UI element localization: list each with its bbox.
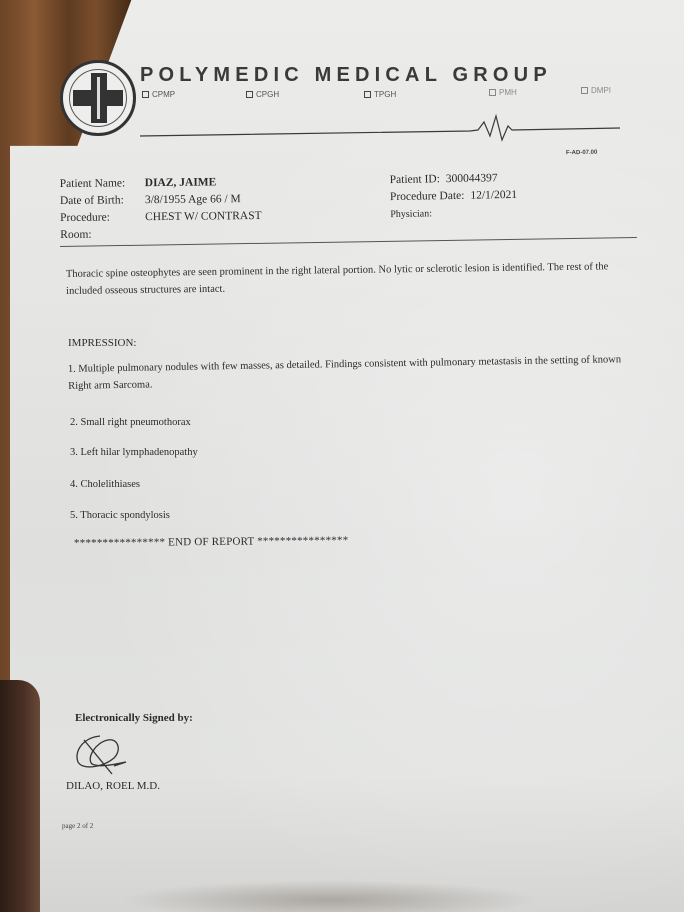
findings-paragraph: Thoracic spine osteophytes are seen prom… bbox=[66, 258, 628, 300]
impression-item-2: 2. Small right pneumothorax bbox=[70, 417, 191, 428]
physician-row: Physician: bbox=[390, 204, 517, 223]
patient-info-right: Patient ID:300044397 Procedure Date:12/1… bbox=[390, 170, 518, 223]
checkbox-icon bbox=[246, 91, 253, 98]
patient-id: 300044397 bbox=[446, 172, 498, 185]
checkbox-icon bbox=[142, 91, 149, 98]
procedure-date-row: Procedure Date:12/1/2021 bbox=[390, 187, 517, 206]
patient-name: DIAZ, JAIME bbox=[145, 176, 217, 189]
signature-scribble-icon bbox=[72, 728, 142, 778]
organization-name: POLYMEDIC MEDICAL GROUP bbox=[140, 64, 552, 87]
checkbox-icon bbox=[489, 89, 496, 96]
checkbox-icon bbox=[581, 87, 588, 94]
impression-item-5: 5. Thoracic spondylosis bbox=[70, 510, 170, 521]
site-checkbox-cpgh: CPGH bbox=[246, 90, 279, 99]
page-indicator: page 2 of 2 bbox=[62, 822, 93, 830]
ecg-line-icon bbox=[140, 110, 620, 150]
impression-item-3: 3. Left hilar lymphadenopathy bbox=[70, 447, 198, 458]
organization-seal-icon bbox=[60, 60, 136, 136]
signing-physician: DILAO, ROEL M.D. bbox=[66, 780, 160, 792]
site-checkbox-dmpi: DMPI bbox=[581, 86, 611, 95]
patient-info-left: Patient Name:DIAZ, JAIME Date of Birth:3… bbox=[60, 174, 262, 244]
dob-value: 3/8/1955 Age 66 / M bbox=[145, 193, 241, 206]
site-checkbox-pmh: PMH bbox=[489, 88, 517, 97]
patient-name-row: Patient Name:DIAZ, JAIME bbox=[60, 174, 262, 193]
room-row: Room: bbox=[60, 225, 262, 244]
radiology-report: POLYMEDIC MEDICAL GROUP CPMP CPGH TPGH P… bbox=[0, 0, 684, 912]
dob-row: Date of Birth:3/8/1955 Age 66 / M bbox=[60, 191, 262, 210]
procedure-row: Procedure:CHEST W/ CONTRAST bbox=[60, 208, 262, 227]
procedure-date: 12/1/2021 bbox=[470, 189, 517, 202]
impression-heading: IMPRESSION: bbox=[68, 337, 136, 349]
procedure-value: CHEST W/ CONTRAST bbox=[145, 210, 262, 223]
checkbox-icon bbox=[364, 91, 371, 98]
end-of-report: **************** END OF REPORT *********… bbox=[74, 535, 349, 550]
signature-label: Electronically Signed by: bbox=[75, 712, 193, 724]
site-checkbox-cpmp: CPMP bbox=[142, 90, 175, 99]
site-checkbox-tpgh: TPGH bbox=[364, 90, 396, 99]
impression-item-1: 1. Multiple pulmonary nodules with few m… bbox=[68, 351, 631, 395]
form-code: F-AD-07.00 bbox=[566, 150, 597, 157]
impression-item-4: 4. Cholelithiases bbox=[70, 479, 140, 490]
